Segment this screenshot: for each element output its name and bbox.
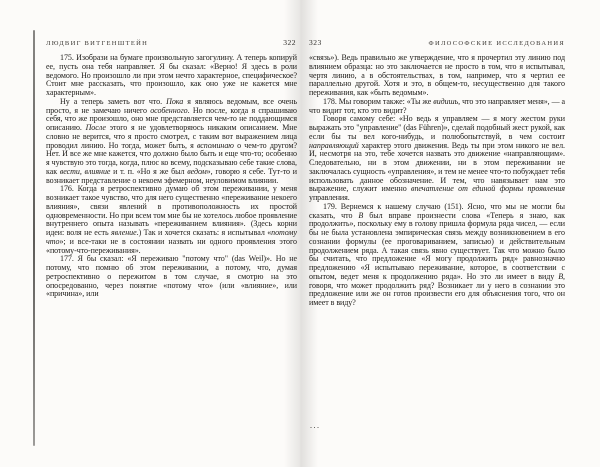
paragraph: 177. Я бы сказал: «Я переживаю "потому ч… [46,255,297,299]
paragraph: 179. Вернемся к нашему случаю (151). Ясн… [309,203,565,308]
paragraph: Ну а теперь заметь вот что. Пока я являю… [46,98,297,186]
right-page-text: «связь»). Ведь правильно же утверждение,… [309,54,565,308]
left-page-text: 175. Изобрази на бумаге произвольную заг… [46,54,297,299]
paragraph: Говоря самому себе: «Но ведь я управляем… [309,115,565,203]
left-page-number: 322 [283,38,296,47]
paragraph: 176. Когда я ретроспективно думаю об это… [46,185,297,255]
book-spread: ЛЮДВИГ ВИТГЕНШТЕЙН 322 323 ФИЛОСОФСКИЕ И… [0,0,600,467]
paragraph: «связь»). Ведь правильно же утверждение,… [309,54,565,98]
page-edge-line [33,30,35,446]
right-page-number: 323 [309,38,322,47]
footer-ellipsis: ... [310,421,321,430]
right-page-header: 323 ФИЛОСОФСКИЕ ИССЛЕДОВАНИЯ [309,38,565,50]
left-page-header: ЛЮДВИГ ВИТГЕНШТЕЙН 322 [46,38,296,50]
running-title-author: ЛЮДВИГ ВИТГЕНШТЕЙН [46,40,148,47]
running-title-book: ФИЛОСОФСКИЕ ИССЛЕДОВАНИЯ [429,40,565,47]
paragraph: 178. Мы говорим также: «Ты же видишь, чт… [309,98,565,116]
paragraph: 175. Изобрази на бумаге произвольную заг… [46,54,297,98]
